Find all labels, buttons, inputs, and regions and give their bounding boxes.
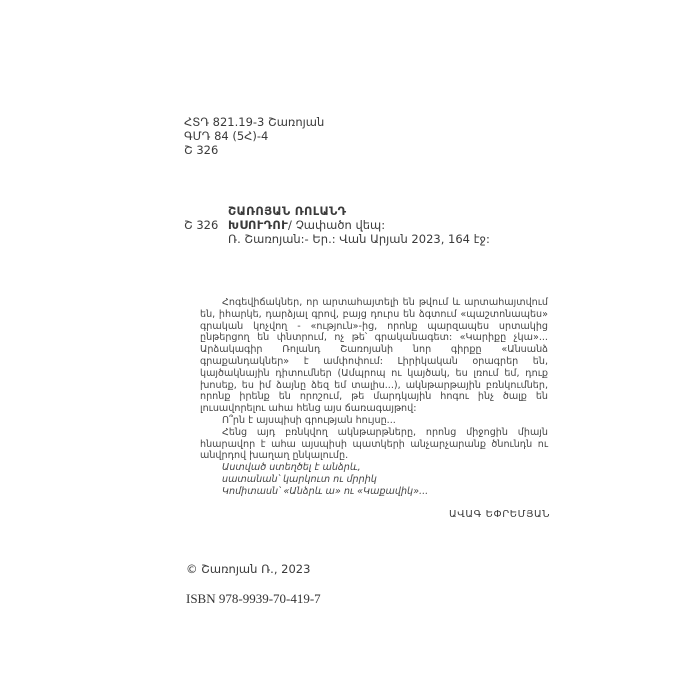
classification-codes: ՀՏԴ 821.19-3 Շառոյան ԳՄԴ 84 (5Հ)-4 Շ 326 bbox=[184, 115, 324, 157]
catalog-title-row: Շ 326 ԽՍՈՒԴՈՒ/ Չափածո վեպ: bbox=[184, 218, 490, 232]
catalog-code: Շ 326 bbox=[184, 218, 228, 232]
bbk-code: ԳՄԴ 84 (5Հ)-4 bbox=[184, 129, 324, 143]
annotation-paragraph: Հենց այդ բռնկվող ակնթարթները, որոնց միջո… bbox=[200, 427, 548, 462]
copyright-notice: © Շառոյան Ռ., 2023 bbox=[186, 562, 310, 576]
book-imprint-page: ՀՏԴ 821.19-3 Շառոյան ԳՄԴ 84 (5Հ)-4 Շ 326… bbox=[0, 0, 700, 700]
annotation-verse: Աստված ստեղծել է անձրև, սատանան՝ կարկուտ… bbox=[200, 462, 548, 497]
verse-line: Կոմիտասն՝ «Անձրև ա» ու «Կաքավիկ»... bbox=[222, 486, 548, 498]
isbn: ISBN 978-9939-70-419-7 bbox=[186, 591, 321, 607]
author-mark: Շ 326 bbox=[184, 143, 324, 157]
udc-code: ՀՏԴ 821.19-3 Շառոյան bbox=[184, 115, 324, 129]
catalog-title: ԽՍՈՒԴՈՒ bbox=[228, 218, 288, 232]
catalog-publication: Ռ. Շառոյան:- Եր.: Վան Արյան 2023, 164 էջ… bbox=[228, 232, 490, 246]
verse-line: Աստված ստեղծել է անձրև, bbox=[222, 462, 548, 474]
annotation-paragraph: Հոգեվիճակներ, որ արտահայտելի են թվում և … bbox=[200, 297, 548, 415]
annotation: Հոգեվիճակներ, որ արտահայտելի են թվում և … bbox=[200, 297, 548, 498]
catalog-author-row: ՇԱՌՈՅԱՆ ՌՈԼԱՆԴ bbox=[184, 204, 490, 218]
catalog-subtitle: / Չափածո վեպ: bbox=[288, 218, 385, 232]
catalog-record: ՇԱՌՈՅԱՆ ՌՈԼԱՆԴ Շ 326 ԽՍՈՒԴՈՒ/ Չափածո վեպ… bbox=[184, 204, 490, 246]
verse-line: սատանան՝ կարկուտ ու մրրիկ bbox=[222, 474, 548, 486]
annotation-paragraph: Ո՞րն է այսպիսի գրության հույսը... bbox=[200, 415, 548, 427]
catalog-author: ՇԱՌՈՅԱՆ ՌՈԼԱՆԴ bbox=[228, 204, 346, 218]
annotation-signature: ԱՎԱԳ ԵՓՐԵՄՅԱՆ bbox=[449, 509, 550, 520]
catalog-publication-row: Ռ. Շառոյան:- Եր.: Վան Արյան 2023, 164 էջ… bbox=[184, 232, 490, 246]
